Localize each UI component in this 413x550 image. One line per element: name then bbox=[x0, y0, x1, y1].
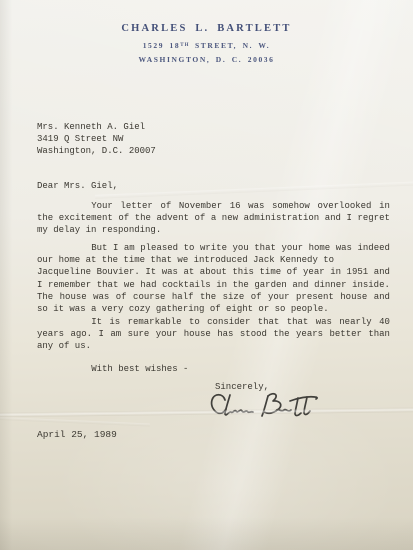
word: had bbox=[140, 279, 156, 291]
word: remember bbox=[48, 279, 91, 291]
word: inside. bbox=[352, 279, 390, 291]
word: to bbox=[184, 242, 195, 254]
word: you bbox=[233, 242, 249, 254]
word: house bbox=[60, 291, 87, 303]
salutation: Dear Mrs. Giel, bbox=[37, 180, 118, 192]
body-paragraph-2: ButIampleasedtowriteyouthatyourhomewasin… bbox=[37, 242, 390, 315]
date-line: April 25, 1989 bbox=[37, 429, 117, 441]
text-line: yearsago.Iamsureyourhousehasstoodtheyear… bbox=[37, 328, 390, 340]
word: garden bbox=[254, 279, 286, 291]
letterhead-street-number: 1529 18 bbox=[143, 41, 181, 50]
word: consider bbox=[207, 316, 250, 328]
word: your bbox=[156, 328, 178, 340]
word: time bbox=[260, 266, 282, 278]
letterhead-street-address: 1529 18TH STREET, N. W. bbox=[0, 41, 413, 50]
letterhead: CHARLES L. BARTLETT 1529 18TH STREET, N.… bbox=[0, 23, 413, 64]
word: house bbox=[340, 291, 367, 303]
word: overlooked bbox=[317, 200, 371, 212]
word: present bbox=[296, 291, 334, 303]
word: of bbox=[251, 291, 262, 303]
word: dinner bbox=[314, 279, 346, 291]
word: somehow bbox=[272, 200, 310, 212]
text-line: Mrs. Kenneth A. Giel bbox=[37, 121, 390, 133]
word: better bbox=[330, 328, 362, 340]
word: new bbox=[222, 212, 238, 224]
word: and bbox=[374, 266, 390, 278]
word: course bbox=[133, 291, 165, 303]
word: I bbox=[113, 242, 118, 254]
letterhead-street-name: STREET, N. W. bbox=[190, 41, 271, 50]
word: was bbox=[316, 316, 332, 328]
word: excitement bbox=[59, 212, 113, 224]
word: was bbox=[162, 266, 178, 278]
word: the bbox=[37, 212, 53, 224]
word: in bbox=[216, 279, 227, 291]
text-line: Washington, D.C. 20007 bbox=[37, 145, 390, 157]
letterhead-name: CHARLES L. BARTLETT bbox=[0, 23, 413, 34]
paper-crease-bottom-left bbox=[0, 417, 150, 427]
letter-page: CHARLES L. BARTLETT 1529 18TH STREET, N.… bbox=[0, 0, 413, 550]
word: It bbox=[145, 266, 156, 278]
word: the bbox=[200, 291, 216, 303]
word: of bbox=[116, 291, 127, 303]
word: we bbox=[124, 279, 135, 291]
text-line: Irememberthatwehadcocktailsinthegardenan… bbox=[37, 279, 390, 291]
word: cocktails bbox=[162, 279, 211, 291]
word: nearly bbox=[339, 316, 371, 328]
word: in bbox=[330, 266, 341, 278]
text-line: Thehousewasofcoursehalfthesizeofyourpres… bbox=[37, 291, 390, 303]
word: of bbox=[160, 200, 171, 212]
text-line: ButIampleasedtowriteyouthatyourhomewasin… bbox=[37, 242, 390, 254]
text-line: any of us. bbox=[37, 340, 390, 352]
text-line: JacquelineBouvier.Itwasataboutthistimeof… bbox=[37, 266, 390, 278]
word: I bbox=[99, 328, 104, 340]
word: has bbox=[217, 328, 233, 340]
body-paragraph-1: YourletterofNovember16wassomehowoverlook… bbox=[37, 200, 390, 237]
recipient-address: Mrs. Kenneth A. Giel3419 Q Street NWWash… bbox=[37, 121, 390, 158]
word: I bbox=[347, 212, 352, 224]
word: that bbox=[287, 316, 309, 328]
word: that bbox=[258, 316, 280, 328]
text-line: YourletterofNovember16wassomehowoverlook… bbox=[37, 200, 390, 212]
word: than bbox=[368, 328, 390, 340]
word: the bbox=[233, 279, 249, 291]
word: and bbox=[374, 291, 390, 303]
letterhead-street-ordinal: TH bbox=[180, 43, 189, 48]
word: write bbox=[200, 242, 227, 254]
word: years bbox=[37, 328, 64, 340]
word: that bbox=[97, 279, 119, 291]
text-line: our home at the time that we introduced … bbox=[37, 254, 390, 266]
word: 1951 bbox=[347, 266, 369, 278]
word: Jacqueline bbox=[37, 266, 91, 278]
word: about bbox=[200, 266, 227, 278]
word: of bbox=[287, 266, 298, 278]
word: Bouvier. bbox=[97, 266, 140, 278]
word: remarkable bbox=[128, 316, 182, 328]
word: home bbox=[309, 242, 331, 254]
word: stood bbox=[240, 328, 267, 340]
text-line: my delay in responding. bbox=[37, 224, 390, 236]
word: of bbox=[118, 212, 129, 224]
paper-crease-diagonal bbox=[95, 181, 413, 199]
body-paragraph-3: Itisremarkabletoconsiderthatthatwasnearl… bbox=[37, 316, 390, 353]
letterhead-city-line: WASHINGTON, D. C. 20036 bbox=[0, 55, 413, 64]
text-line: 3419 Q Street NW bbox=[37, 133, 390, 145]
text-line: Itisremarkabletoconsiderthatthatwasnearl… bbox=[37, 316, 390, 328]
word: years bbox=[296, 328, 323, 340]
word: regret bbox=[357, 212, 389, 224]
word: pleased bbox=[140, 242, 178, 254]
word: administration bbox=[244, 212, 320, 224]
word: size bbox=[223, 291, 245, 303]
word: advent bbox=[156, 212, 188, 224]
word: a bbox=[211, 212, 216, 224]
word: and bbox=[325, 212, 341, 224]
word: the bbox=[273, 328, 289, 340]
word: sure bbox=[128, 328, 150, 340]
word: this bbox=[232, 266, 254, 278]
word: to bbox=[189, 316, 200, 328]
word: that bbox=[254, 242, 276, 254]
word: 16 bbox=[230, 200, 241, 212]
word: house bbox=[184, 328, 211, 340]
word: was bbox=[336, 242, 352, 254]
word: your bbox=[268, 291, 290, 303]
word: in bbox=[379, 200, 390, 212]
closing-line: With best wishes - bbox=[37, 363, 390, 375]
word: was bbox=[248, 200, 264, 212]
word: at bbox=[183, 266, 194, 278]
word: year bbox=[303, 266, 325, 278]
word: The bbox=[37, 291, 53, 303]
text-line: theexcitementoftheadventofanewadministra… bbox=[37, 212, 390, 224]
word: November bbox=[179, 200, 222, 212]
word: and bbox=[292, 279, 308, 291]
word: I bbox=[37, 279, 42, 291]
text-line: With best wishes - bbox=[37, 363, 390, 375]
word: is bbox=[109, 316, 120, 328]
word: of bbox=[194, 212, 205, 224]
word: 40 bbox=[379, 316, 390, 328]
word: your bbox=[281, 242, 303, 254]
word: ago. bbox=[70, 328, 92, 340]
word: half bbox=[172, 291, 194, 303]
word: It bbox=[91, 316, 102, 328]
word: am bbox=[124, 242, 135, 254]
word: letter bbox=[120, 200, 152, 212]
word: the bbox=[135, 212, 151, 224]
word: indeed bbox=[358, 242, 390, 254]
word: am bbox=[110, 328, 121, 340]
word: was bbox=[93, 291, 109, 303]
paper-fold-horizontal bbox=[0, 407, 413, 417]
word: But bbox=[91, 242, 107, 254]
word: Your bbox=[91, 200, 113, 212]
text-line: so it was a very cozy gathering of eight… bbox=[37, 303, 390, 315]
